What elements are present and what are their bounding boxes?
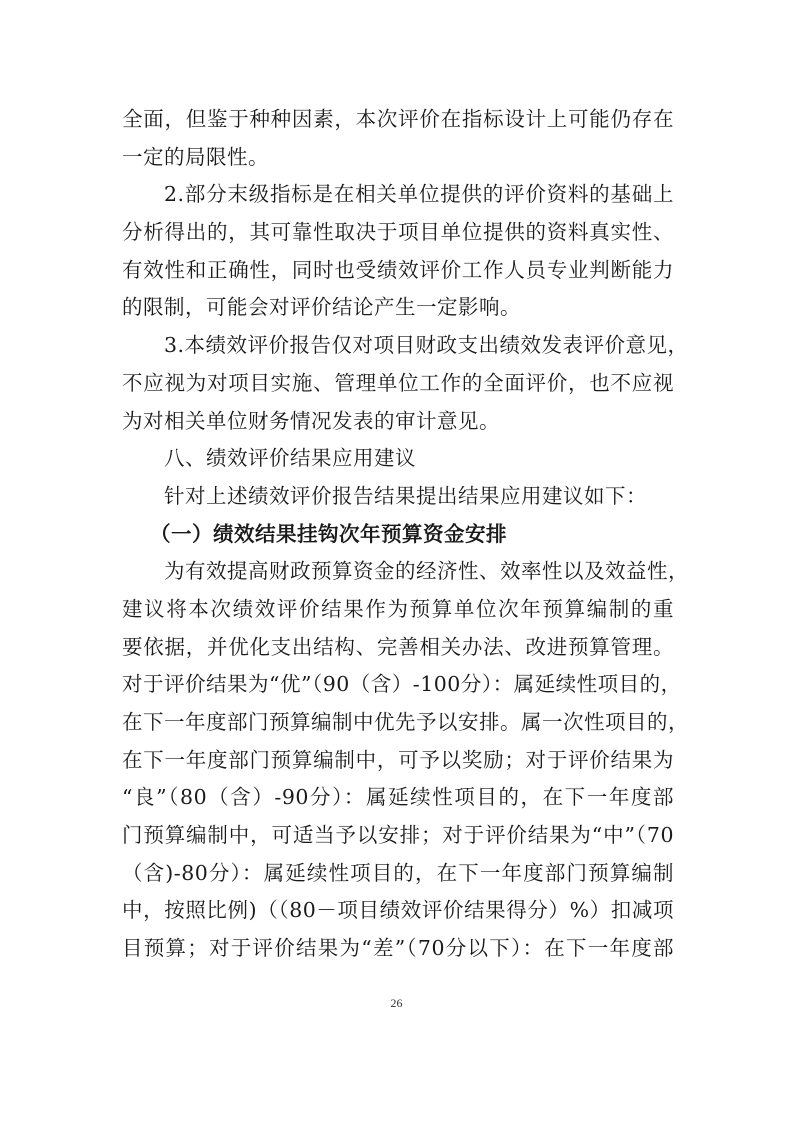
paragraph-line: 不应视为对项目实施、管理单位工作的全面评价，也不应视 — [122, 365, 674, 403]
subsection-heading: （一）绩效结果挂钩次年预算资金安排 — [122, 516, 674, 554]
paragraph-line: 中，按照比例)（（80－项目绩效评价结果得分）%）扣减项 — [122, 892, 674, 930]
paragraph-line: 针对上述绩效评价报告结果提出结果应用建议如下： — [122, 478, 674, 516]
paragraph-line: 为有效提高财政预算资金的经济性、效率性以及效益性， — [122, 553, 674, 591]
paragraph-line: 要依据，并优化支出结构、完善相关办法、改进预算管理。 — [122, 629, 674, 667]
paragraph-line: 对于评价结果为“优”（90（含）-100分）：属延续性项目的， — [122, 666, 674, 704]
paragraph-line: 一定的局限性。 — [122, 139, 674, 177]
paragraph-line: 3.本绩效评价报告仅对项目财政支出绩效发表评价意见， — [122, 327, 674, 365]
paragraph-line: 建议将本次绩效评价结果作为预算单位次年预算编制的重 — [122, 591, 674, 629]
paragraph-line: “良”（80（含）-90分）：属延续性项目的，在下一年度部 — [122, 779, 674, 817]
paragraph-line: 目预算；对于评价结果为“差”（70分以下）：在下一年度部 — [122, 930, 674, 968]
page-body: 全面，但鉴于种种因素，本次评价在指标设计上可能仍存在 一定的局限性。 2.部分末… — [122, 101, 674, 968]
paragraph-line: 有效性和正确性，同时也受绩效评价工作人员专业判断能力 — [122, 252, 674, 290]
paragraph-line: 的限制，可能会对评价结论产生一定影响。 — [122, 289, 674, 327]
paragraph-line: 全面，但鉴于种种因素，本次评价在指标设计上可能仍存在 — [122, 101, 674, 139]
paragraph-line: 在下一年度部门预算编制中，可予以奖励；对于评价结果为 — [122, 742, 674, 780]
paragraph-line: （含)-80分）：属延续性项目的，在下一年度部门预算编制 — [122, 855, 674, 893]
paragraph-line: 2.部分末级指标是在相关单位提供的评价资料的基础上 — [122, 176, 674, 214]
paragraph-line: 门预算编制中，可适当予以安排；对于评价结果为“中”（70 — [122, 817, 674, 855]
paragraph-line: 分析得出的，其可靠性取决于项目单位提供的资料真实性、 — [122, 214, 674, 252]
paragraph-line: 在下一年度部门预算编制中优先予以安排。属一次性项目的， — [122, 704, 674, 742]
paragraph-line: 为对相关单位财务情况发表的审计意见。 — [122, 403, 674, 441]
page-number: 26 — [0, 996, 793, 1011]
document-page: 全面，但鉴于种种因素，本次评价在指标设计上可能仍存在 一定的局限性。 2.部分末… — [0, 0, 793, 1122]
section-heading: 八、绩效评价结果应用建议 — [122, 440, 674, 478]
